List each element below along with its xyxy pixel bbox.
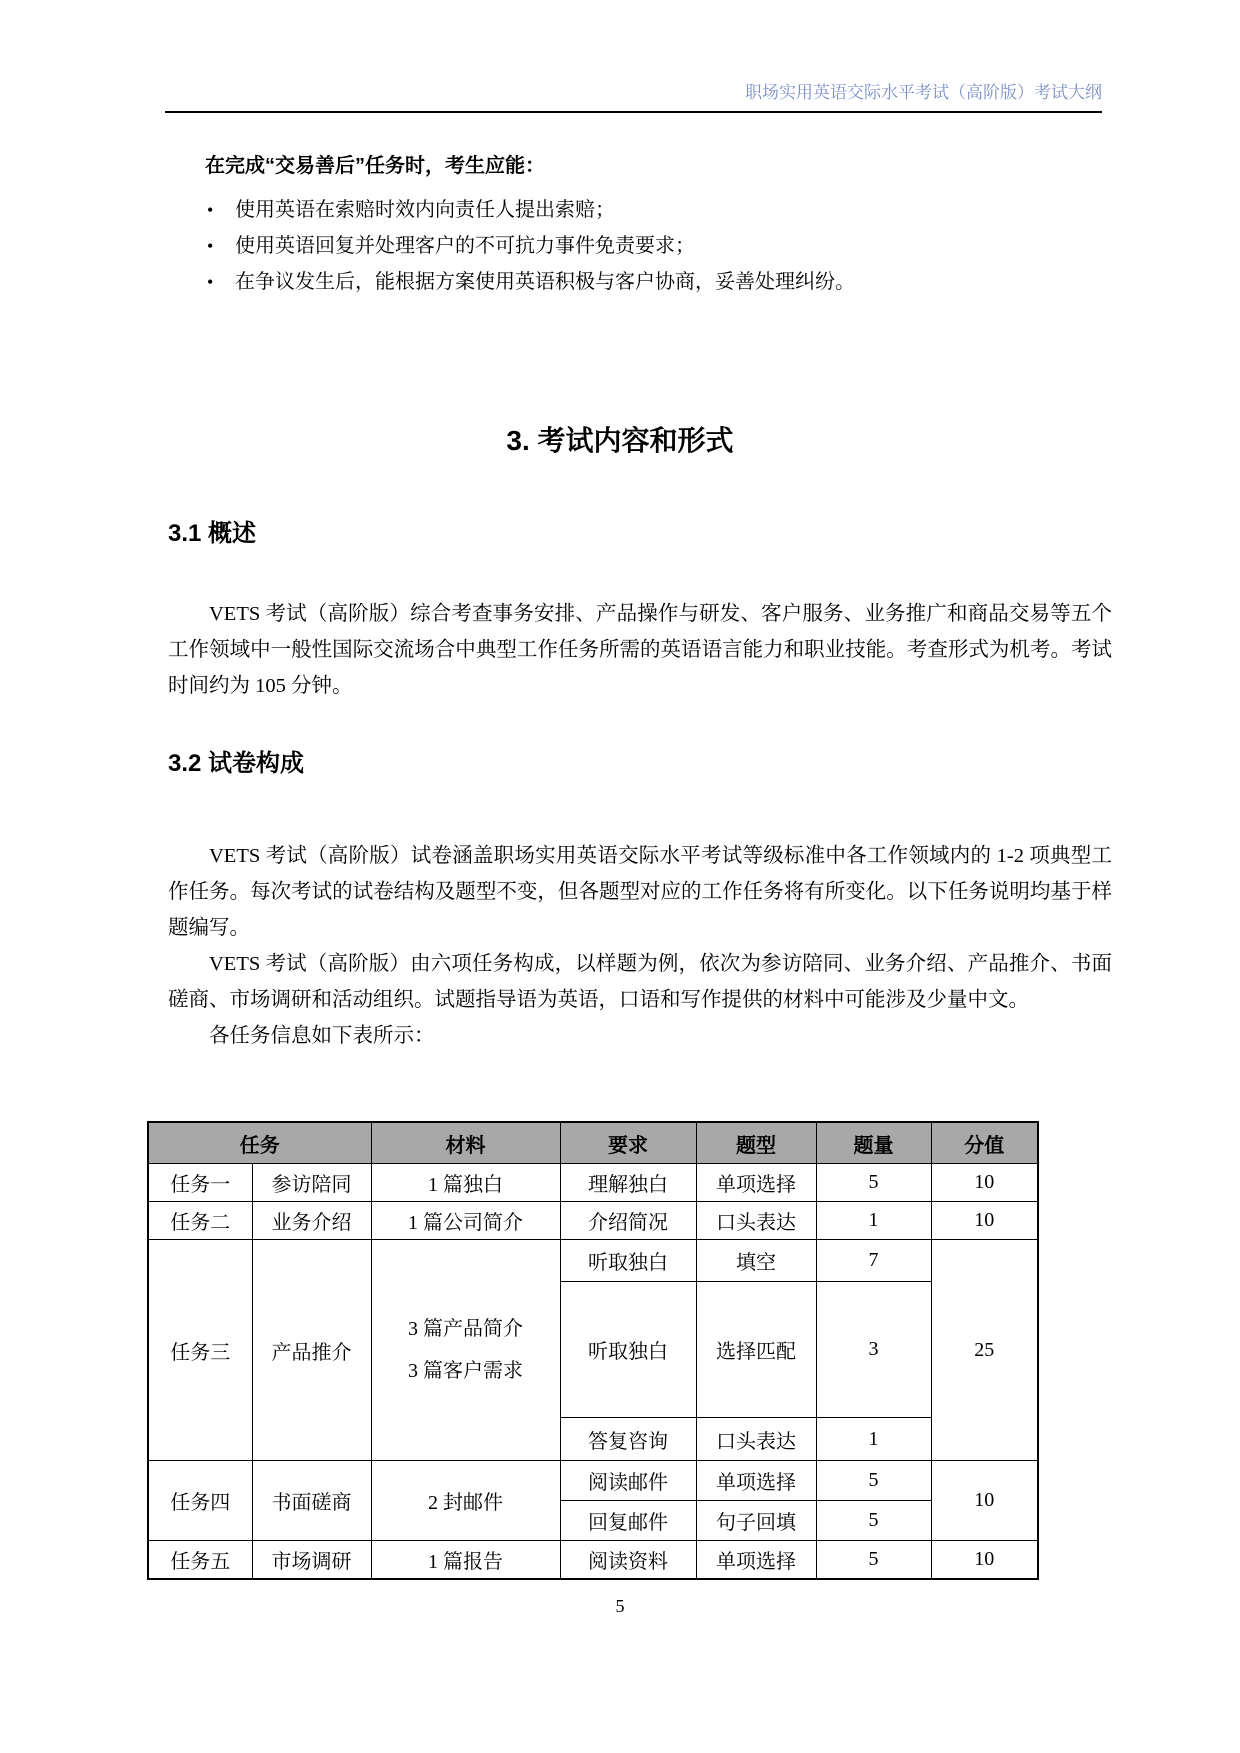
table-row: 任务四 书面磋商 2 封邮件 阅读邮件 单项选择 5 10 <box>148 1461 1038 1501</box>
bullet-dot-icon: • <box>207 228 213 264</box>
task-requirement: 听取独白 <box>560 1240 696 1282</box>
task-question-type: 选择匹配 <box>696 1282 816 1418</box>
task-material: 1 篇公司简介 <box>371 1202 560 1240</box>
col-header-question-type: 题型 <box>696 1122 816 1164</box>
task-question-count: 1 <box>816 1418 931 1461</box>
task-score: 10 <box>931 1202 1038 1240</box>
task-requirement: 介绍简况 <box>560 1202 696 1240</box>
bullet-text: 使用英语回复并处理客户的不可抗力事件免责要求； <box>235 235 695 257</box>
task-question-type: 填空 <box>696 1240 816 1282</box>
task-material: 3 篇产品简介 3 篇客户需求 <box>371 1240 560 1461</box>
bullet-dot-icon: • <box>207 264 213 300</box>
requirement-bullet-list: • 使用英语在索赔时效内向责任人提出索赔； • 使用英语回复并处理客户的不可抗力… <box>205 192 1120 300</box>
table-row: 任务三 产品推介 3 篇产品简介 3 篇客户需求 听取独白 填空 7 25 <box>148 1240 1038 1282</box>
task-id: 任务四 <box>148 1461 252 1541</box>
task-name: 产品推介 <box>252 1240 371 1461</box>
bullet-dot-icon: • <box>207 192 213 228</box>
task-score: 10 <box>931 1461 1038 1541</box>
task-question-type: 单项选择 <box>696 1164 816 1202</box>
task-table: 任务 材料 要求 题型 题量 分值 任务一 参访陪同 1 篇独白 理解独白 单项… <box>147 1121 1039 1580</box>
chapter-heading: 3. 考试内容和形式 <box>0 422 1240 460</box>
structure-paragraph: VETS 考试（高阶版）由六项任务构成，以样题为例，依次为参访陪同、业务介绍、产… <box>168 946 1112 1018</box>
task-material: 2 封邮件 <box>371 1461 560 1541</box>
material-line: 3 篇产品简介 <box>372 1308 560 1350</box>
overview-paragraph: VETS 考试（高阶版）综合考查事务安排、产品操作与研发、客户服务、业务推广和商… <box>168 596 1112 704</box>
task-requirement: 阅读邮件 <box>560 1461 696 1501</box>
task-question-type: 单项选择 <box>696 1541 816 1579</box>
task-question-type: 单项选择 <box>696 1461 816 1501</box>
task-name: 市场调研 <box>252 1541 371 1579</box>
task-material: 1 篇独白 <box>371 1164 560 1202</box>
bullet-text: 在争议发生后，能根据方案使用英语积极与客户协商，妥善处理纠纷。 <box>235 271 855 293</box>
section-3-2-heading: 3.2 试卷构成 <box>168 748 304 780</box>
task-requirement: 回复邮件 <box>560 1501 696 1541</box>
task-name: 书面磋商 <box>252 1461 371 1541</box>
section-3-1-heading: 3.1 概述 <box>168 518 256 550</box>
bullet-item: • 使用英语在索赔时效内向责任人提出索赔； <box>205 192 1120 228</box>
task-question-count: 5 <box>816 1501 931 1541</box>
task-requirement: 理解独白 <box>560 1164 696 1202</box>
running-header-title: 职场实用英语交际水平考试（高阶版）考试大纲 <box>165 82 1102 104</box>
task-requirement: 答复咨询 <box>560 1418 696 1461</box>
task-question-type: 口头表达 <box>696 1202 816 1240</box>
task-question-count: 7 <box>816 1240 931 1282</box>
col-header-task: 任务 <box>148 1122 371 1164</box>
header-rule <box>165 111 1102 113</box>
task-question-count: 1 <box>816 1202 931 1240</box>
task-score: 10 <box>931 1541 1038 1579</box>
col-header-score: 分值 <box>931 1122 1038 1164</box>
material-line: 3 篇客户需求 <box>372 1350 560 1392</box>
page-number: 5 <box>0 1596 1240 1617</box>
task-id: 任务五 <box>148 1541 252 1579</box>
task-requirement: 听取独白 <box>560 1282 696 1418</box>
task-id: 任务三 <box>148 1240 252 1461</box>
table-row: 任务二 业务介绍 1 篇公司简介 介绍简况 口头表达 1 10 <box>148 1202 1038 1240</box>
intro-heading: 在完成“交易善后”任务时，考生应能： <box>205 153 1100 179</box>
bullet-item: • 使用英语回复并处理客户的不可抗力事件免责要求； <box>205 228 1120 264</box>
task-id: 任务一 <box>148 1164 252 1202</box>
task-id: 任务二 <box>148 1202 252 1240</box>
col-header-material: 材料 <box>371 1122 560 1164</box>
table-row: 任务一 参访陪同 1 篇独白 理解独白 单项选择 5 10 <box>148 1164 1038 1202</box>
structure-paragraph: VETS 考试（高阶版）试卷涵盖职场实用英语交际水平考试等级标准中各工作领域内的… <box>168 838 1112 946</box>
task-name: 参访陪同 <box>252 1164 371 1202</box>
task-material: 1 篇报告 <box>371 1541 560 1579</box>
table-row: 任务五 市场调研 1 篇报告 阅读资料 单项选择 5 10 <box>148 1541 1038 1579</box>
task-score: 25 <box>931 1240 1038 1461</box>
overview-paragraph-block: VETS 考试（高阶版）综合考查事务安排、产品操作与研发、客户服务、业务推广和商… <box>168 596 1112 704</box>
task-question-count: 5 <box>816 1461 931 1501</box>
bullet-text: 使用英语在索赔时效内向责任人提出索赔； <box>235 199 615 221</box>
document-page: 职场实用英语交际水平考试（高阶版）考试大纲 在完成“交易善后”任务时，考生应能：… <box>0 0 1240 1753</box>
table-header-row: 任务 材料 要求 题型 题量 分值 <box>148 1122 1038 1164</box>
task-question-type: 句子回填 <box>696 1501 816 1541</box>
table-lead-in: 各任务信息如下表所示： <box>168 1018 1112 1054</box>
task-requirement: 阅读资料 <box>560 1541 696 1579</box>
task-question-count: 5 <box>816 1541 931 1579</box>
task-score: 10 <box>931 1164 1038 1202</box>
col-header-question-count: 题量 <box>816 1122 931 1164</box>
task-question-count: 5 <box>816 1164 931 1202</box>
col-header-requirement: 要求 <box>560 1122 696 1164</box>
task-question-type: 口头表达 <box>696 1418 816 1461</box>
task-name: 业务介绍 <box>252 1202 371 1240</box>
bullet-item: • 在争议发生后，能根据方案使用英语积极与客户协商，妥善处理纠纷。 <box>205 264 1120 300</box>
task-question-count: 3 <box>816 1282 931 1418</box>
structure-paragraph-block: VETS 考试（高阶版）试卷涵盖职场实用英语交际水平考试等级标准中各工作领域内的… <box>168 838 1112 1054</box>
